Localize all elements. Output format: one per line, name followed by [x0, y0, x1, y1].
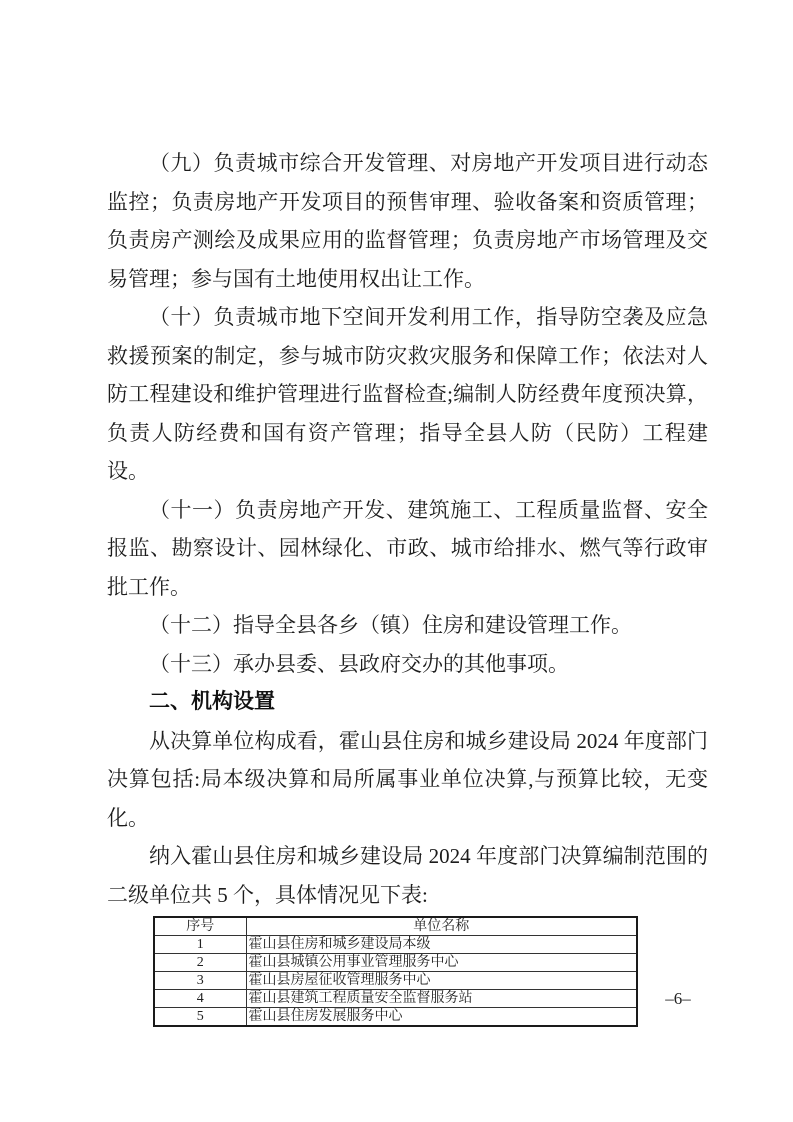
paragraph-units-intro: 纳入霍山县住房和城乡建设局 2024 年度部门决算编制范围的二级单位共 5 个，…: [107, 837, 708, 914]
paragraph-duty-12: （十二）指导全县各乡（镇）住房和建设管理工作。: [107, 606, 708, 645]
table-cell-index: 3: [154, 972, 246, 990]
table-cell-unit-name: 霍山县住房发展服务中心: [246, 1008, 637, 1027]
table-cell-unit-name: 霍山县房屋征收管理服务中心: [246, 972, 637, 990]
table-cell-unit-name: 霍山县建筑工程质量安全监督服务站: [246, 990, 637, 1008]
section-heading-org-setup: 二、机构设置: [107, 683, 708, 722]
paragraph-unit-composition: 从决算单位构成看，霍山县住房和城乡建设局 2024 年度部门决算包括:局本级决算…: [107, 722, 708, 838]
paragraph-duty-11: （十一）负责房地产开发、建筑施工、工程质量监督、安全报监、勘察设计、园林绿化、市…: [107, 491, 708, 607]
table-row: 3 霍山县房屋征收管理服务中心: [154, 972, 637, 990]
table-cell-index: 1: [154, 936, 246, 954]
table-cell-index: 2: [154, 954, 246, 972]
table-row: 2 霍山县城镇公用事业管理服务中心: [154, 954, 637, 972]
paragraph-duty-10: （十）负责城市地下空间开发利用工作，指导防空袭及应急救援预案的制定，参与城市防灾…: [107, 298, 708, 491]
page-content: （九）负责城市综合开发管理、对房地产开发项目进行动态监控；负责房地产开发项目的预…: [107, 144, 708, 1027]
page-number: –6–: [656, 989, 700, 1009]
units-table: 序号 单位名称 1 霍山县住房和城乡建设局本级 2 霍山县城镇公用事业管理服务中…: [153, 916, 638, 1027]
document-page: （九）负责城市综合开发管理、对房地产开发项目进行动态监控；负责房地产开发项目的预…: [0, 0, 793, 1122]
table-row: 5 霍山县住房发展服务中心: [154, 1008, 637, 1027]
table-cell-index: 5: [154, 1008, 246, 1027]
table-header-row: 序号 单位名称: [154, 917, 637, 936]
paragraph-duty-9: （九）负责城市综合开发管理、对房地产开发项目进行动态监控；负责房地产开发项目的预…: [107, 144, 708, 298]
table-cell-unit-name: 霍山县城镇公用事业管理服务中心: [246, 954, 637, 972]
table-header-index: 序号: [154, 917, 246, 936]
table-cell-index: 4: [154, 990, 246, 1008]
table-row: 4 霍山县建筑工程质量安全监督服务站: [154, 990, 637, 1008]
table-cell-unit-name: 霍山县住房和城乡建设局本级: [246, 936, 637, 954]
table-header-unit-name: 单位名称: [246, 917, 637, 936]
table-row: 1 霍山县住房和城乡建设局本级: [154, 936, 637, 954]
paragraph-duty-13: （十三）承办县委、县政府交办的其他事项。: [107, 645, 708, 684]
